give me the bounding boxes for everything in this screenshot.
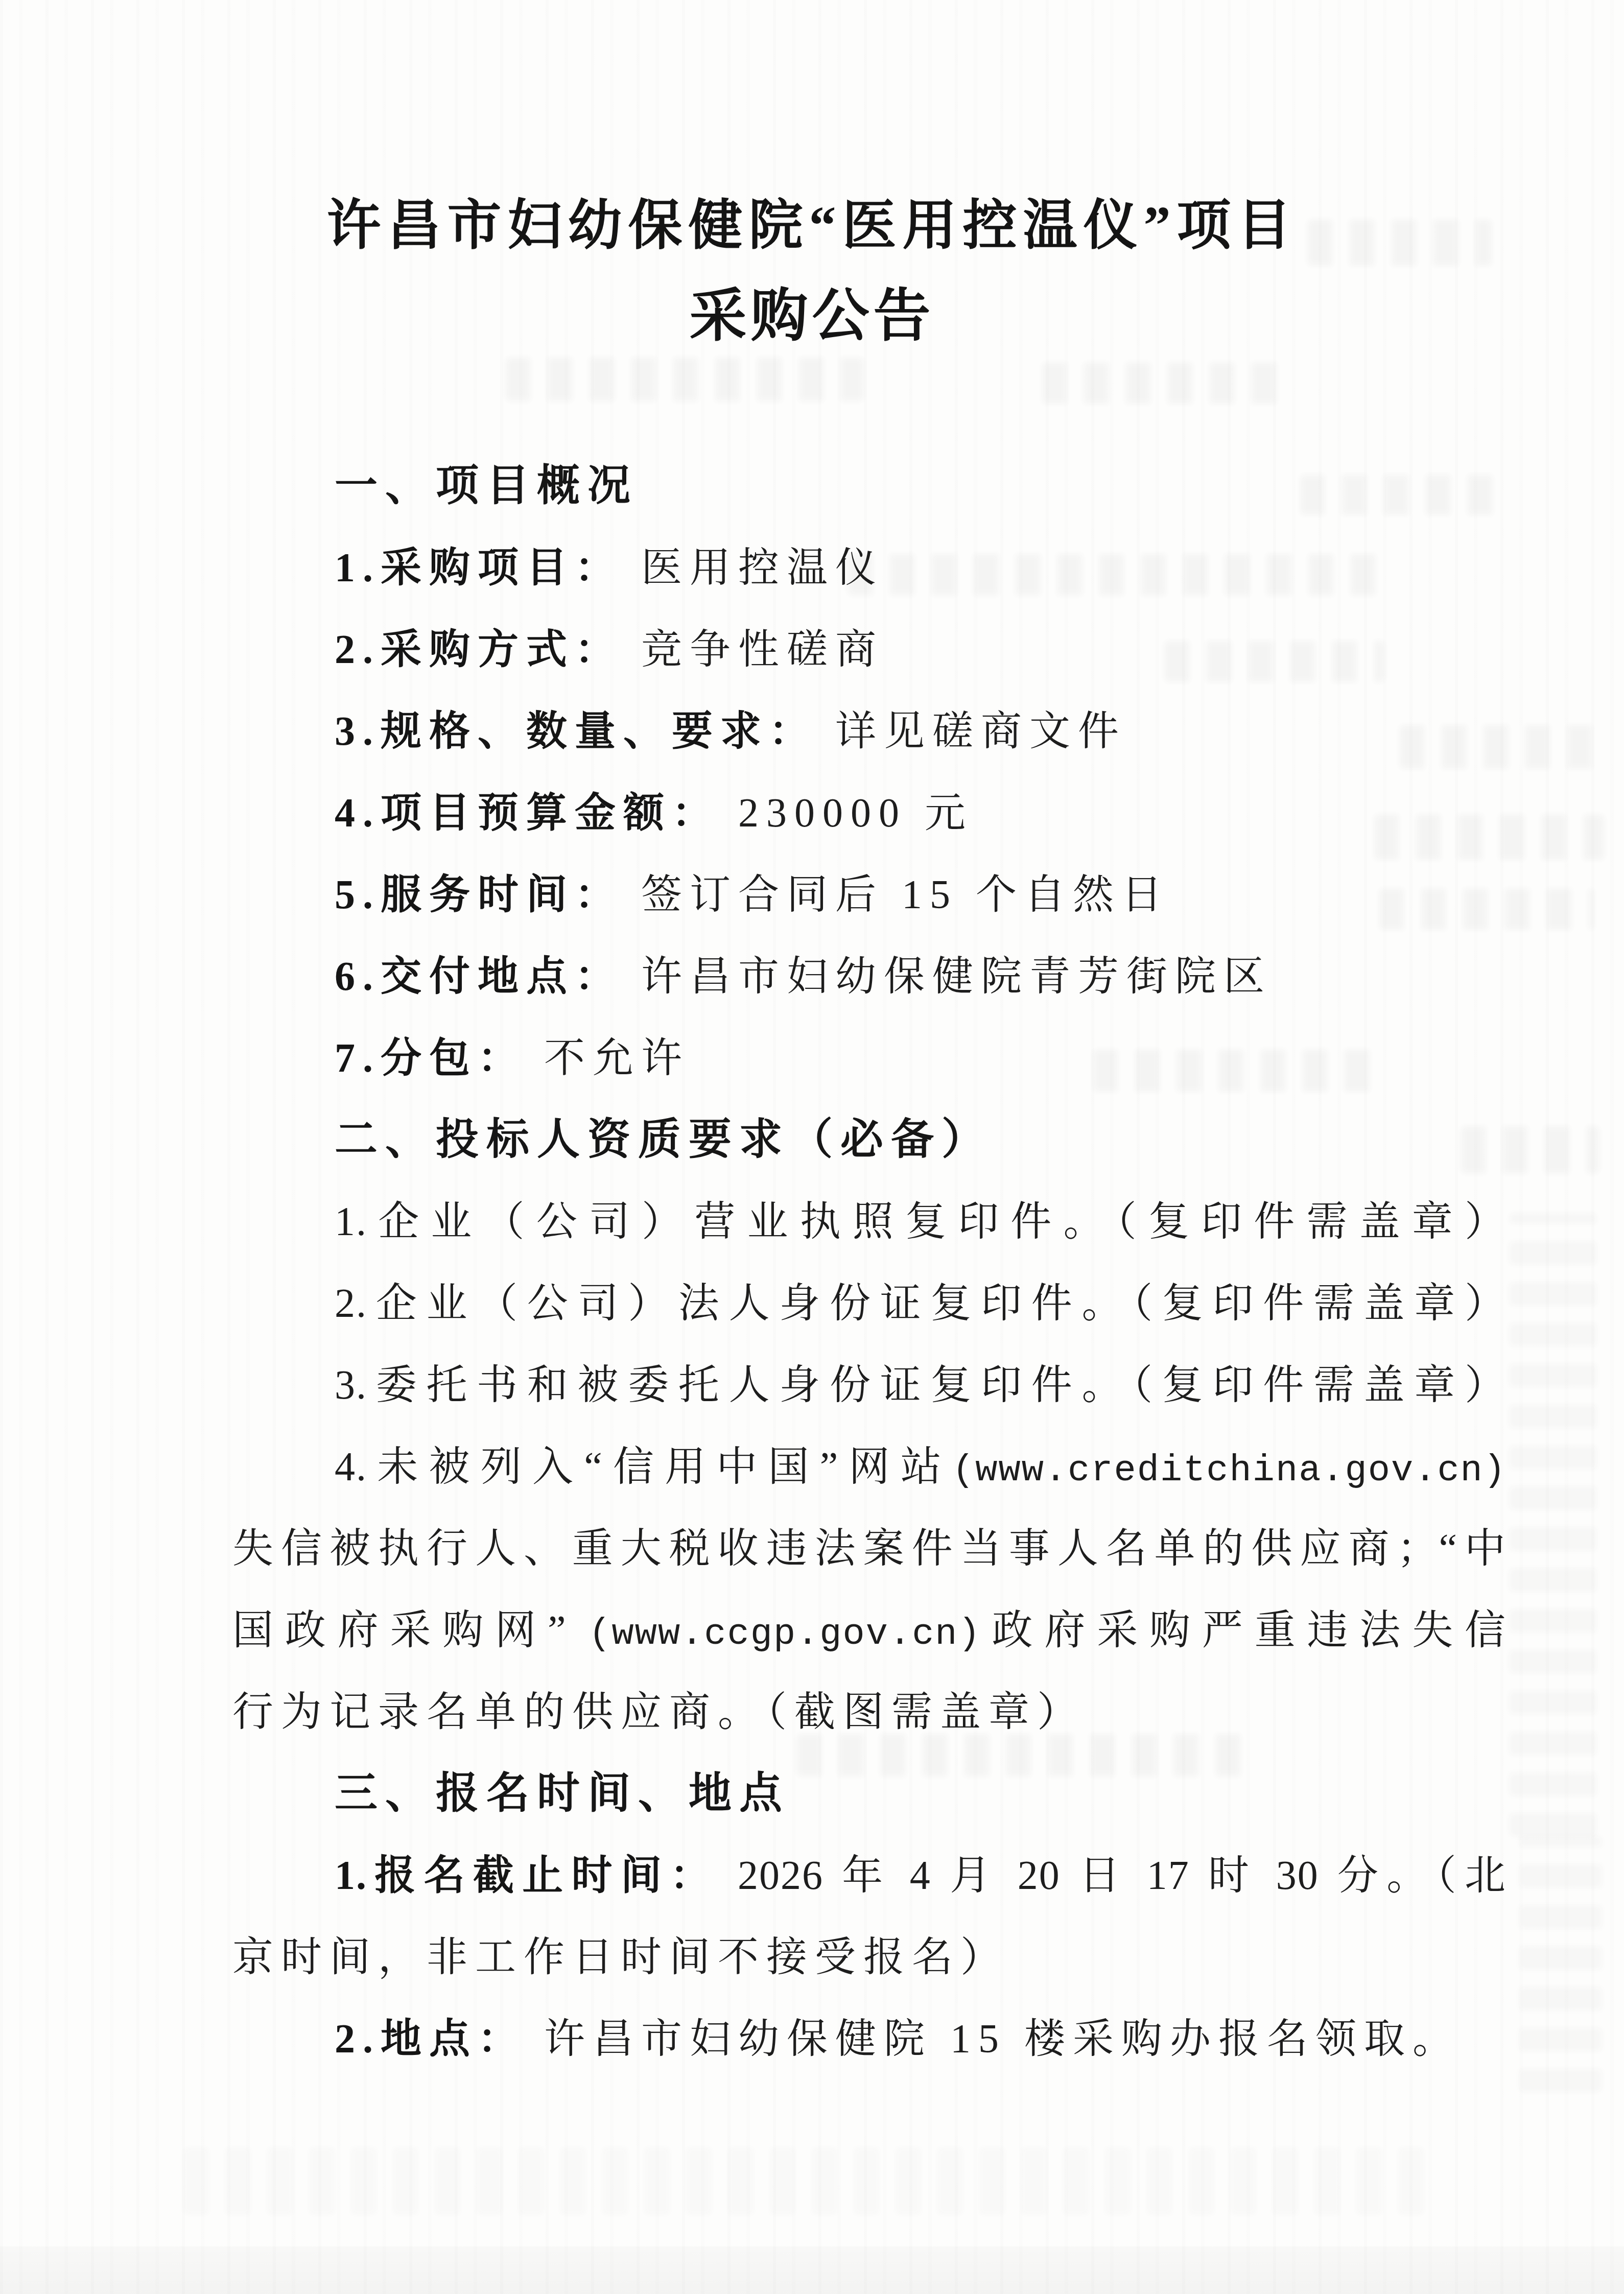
- bleedthrough-artifact: [506, 358, 863, 401]
- section-2-item-4-line-3-suffix: 政府采购严重违法失信: [981, 1608, 1507, 1653]
- section-2-item-4-line-4: 行为记录名单的供应商。（截图需盖章）: [232, 1671, 1507, 1753]
- section-1-heading: 一、项目概况: [232, 445, 1507, 527]
- section-1-item-6-value: 许昌市妇幼保健院青芳街院区: [641, 954, 1272, 999]
- scanned-procurement-notice-page: 许昌市妇幼保健院“医用控温仪”项目 采购公告 一、项目概况 1.采购项目： 医用…: [0, 0, 1624, 2294]
- section-3-item-1-label: 1.报名截止时间：: [335, 1853, 719, 1898]
- section-3-item-2-value: 许昌市妇幼保健院 15 楼采购办报名领取。: [544, 2017, 1461, 2062]
- document-title: 许昌市妇幼保健院“医用控温仪”项目 采购公告: [0, 180, 1624, 362]
- section-1-item-2-label: 2.采购方式：: [335, 627, 623, 672]
- section-2-item-1: 1.企业（公司）营业执照复印件。（复印件需盖章）: [232, 1181, 1507, 1263]
- bleedthrough-artifact: [1520, 1836, 1602, 2092]
- section-1-item-6-label: 6.交付地点：: [335, 954, 623, 999]
- section-1-item-3-value: 详见磋商文件: [835, 709, 1126, 754]
- section-1-item-4: 4.项目预算金额： 230000 元: [232, 772, 1507, 854]
- section-2-item-4-text: 4.未被列入“信用中国”网站: [335, 1445, 952, 1489]
- section-1-item-4-label: 4.项目预算金额：: [335, 791, 720, 836]
- bleedthrough-artifact: [1042, 363, 1282, 404]
- section-3-item-2-label: 2.地点：: [335, 2017, 526, 2062]
- document-body: 一、项目概况 1.采购项目： 医用控温仪 2.采购方式： 竞争性磋商 3.规格、…: [232, 445, 1507, 2080]
- section-1-item-3-label: 3.规格、数量、要求：: [335, 709, 817, 754]
- section-1-item-1-value: 医用控温仪: [641, 546, 884, 590]
- section-1-item-2-value: 竞争性磋商: [641, 627, 884, 672]
- bleedthrough-artifact: [1510, 1213, 1596, 1836]
- creditchina-url: (www.creditchina.gov.cn): [952, 1450, 1507, 1492]
- section-1-item-5: 5.服务时间： 签订合同后 15 个自然日: [232, 854, 1507, 936]
- section-2-item-4-line-1: 4.未被列入“信用中国”网站(www.creditchina.gov.cn): [232, 1426, 1507, 1508]
- section-1-item-7: 7.分包： 不允许: [232, 1018, 1507, 1099]
- section-1-item-2: 2.采购方式： 竞争性磋商: [232, 609, 1507, 691]
- section-2-item-3: 3.委托书和被委托人身份证复印件。（复印件需盖章）: [232, 1344, 1507, 1426]
- section-2-item-4-line-3: 国政府采购网” (www.ccgp.gov.cn)政府采购严重违法失信: [232, 1590, 1507, 1671]
- title-line-2: 采购公告: [0, 272, 1624, 362]
- section-1-item-4-value: 230000 元: [738, 791, 973, 836]
- section-2-item-4-line-2: 失信被执行人、重大税收违法案件当事人名单的供应商；“中: [232, 1508, 1507, 1590]
- section-2-item-4-line-3-prefix: 国政府采购网”: [232, 1608, 567, 1653]
- scan-bottom-shading: [0, 2246, 1624, 2294]
- section-1-item-7-value: 不允许: [544, 1036, 690, 1081]
- section-3-item-1-value-line-1: 2026 年 4 月 20 日 17 时 30 分。（北: [738, 1853, 1507, 1898]
- section-1-item-1: 1.采购项目： 医用控温仪: [232, 527, 1507, 609]
- section-3-item-1-line-2: 京时间，非工作日时间不接受报名）: [232, 1917, 1507, 1998]
- section-3-item-2: 2.地点： 许昌市妇幼保健院 15 楼采购办报名领取。: [232, 1998, 1507, 2080]
- section-1-item-5-value: 签订合同后 15 个自然日: [641, 872, 1170, 917]
- section-1-item-7-label: 7.分包：: [335, 1036, 526, 1081]
- section-1-item-3: 3.规格、数量、要求： 详见磋商文件: [232, 691, 1507, 772]
- ccgp-url: (www.ccgp.gov.cn): [589, 1613, 981, 1655]
- title-line-1: 许昌市妇幼保健院“医用控温仪”项目: [0, 180, 1624, 272]
- bleedthrough-artifact: [184, 2148, 1435, 2214]
- section-1-item-1-label: 1.采购项目：: [335, 546, 623, 590]
- section-2-heading: 二、投标人资质要求（必备）: [232, 1099, 1507, 1181]
- section-1-item-5-label: 5.服务时间：: [335, 872, 623, 917]
- section-3-heading: 三、报名时间、地点: [232, 1753, 1507, 1835]
- section-3-item-1-line-1: 1.报名截止时间： 2026 年 4 月 20 日 17 时 30 分。（北: [232, 1835, 1507, 1917]
- section-1-item-6: 6.交付地点： 许昌市妇幼保健院青芳街院区: [232, 936, 1507, 1018]
- section-2-item-2: 2.企业（公司）法人身份证复印件。（复印件需盖章）: [232, 1263, 1507, 1344]
